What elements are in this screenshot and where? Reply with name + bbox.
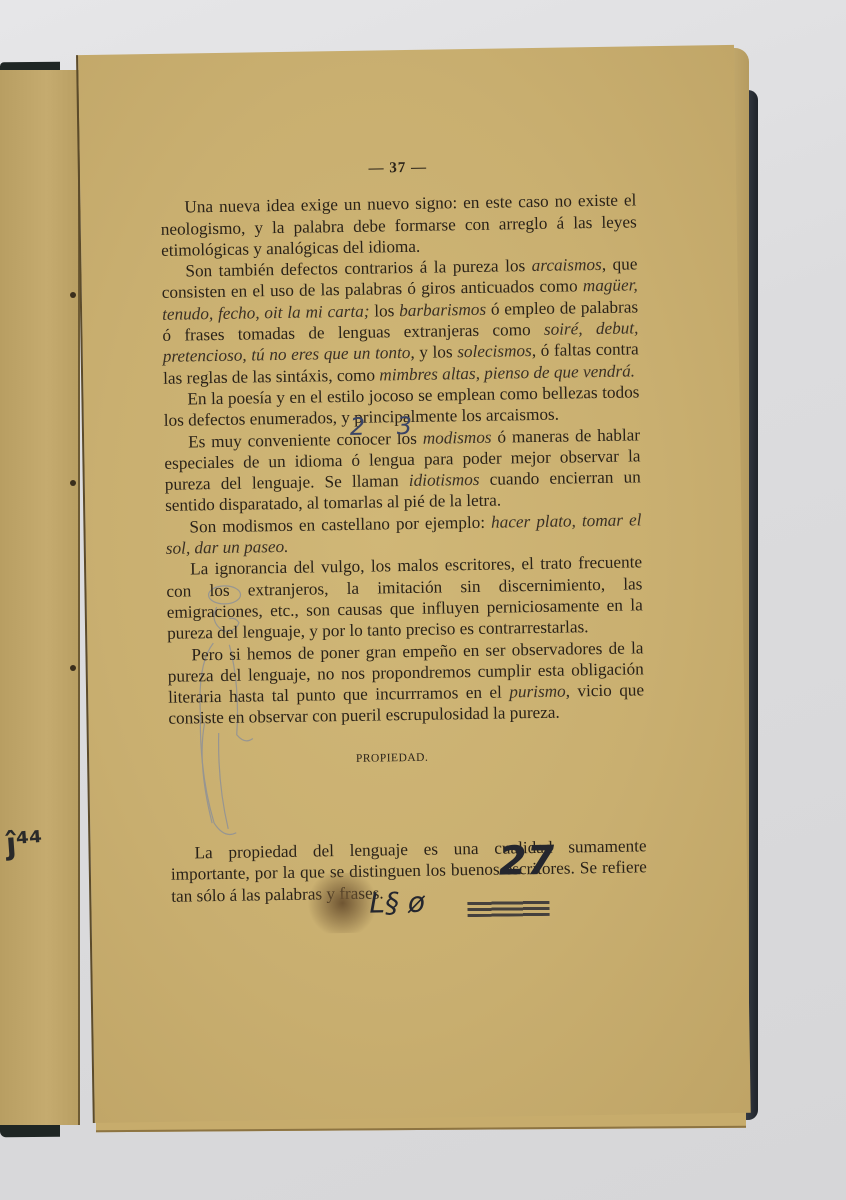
page-content: — 37 — Una nueva idea exige un nuevo sig… <box>160 154 648 906</box>
italic-term: idiotismos <box>409 470 480 490</box>
left-margin-handwritten-note: ĵ⁴⁴ <box>5 825 44 862</box>
stitch-hole <box>70 292 76 298</box>
paragraph: La ignorancia del vulgo, los malos escri… <box>166 552 643 645</box>
italic-term: purismo <box>509 682 566 702</box>
paragraph: Son también defectos contrarios á la pur… <box>161 254 639 389</box>
text-run: , y los <box>410 343 457 363</box>
text-run: Una nueva idea exige un nuevo signo: en … <box>161 191 637 260</box>
pencil-annotation: 2 3 <box>350 412 425 441</box>
italic-term: arcaismos <box>532 255 602 275</box>
paragraph: Son modismos en castellano por ejemplo: … <box>165 509 642 559</box>
ink-signature: L§ ø <box>369 886 425 920</box>
stitch-hole <box>70 665 76 671</box>
left-page <box>0 70 80 1125</box>
ink-stain <box>307 873 378 934</box>
italic-term: mimbres altas, pienso de que vendrá. <box>379 361 635 384</box>
body-paragraphs: Una nueva idea exige un nuevo signo: en … <box>160 190 644 730</box>
italic-term: solecismos <box>457 341 532 361</box>
text-run: Son modismos en castellano por ejemplo: <box>189 512 491 536</box>
stitch-hole <box>70 480 76 486</box>
ink-annotation-number: 27 <box>498 838 554 885</box>
paragraph: Pero si hemos de poner gran empeño en se… <box>167 637 644 730</box>
italic-term: modismos <box>423 427 492 447</box>
heading-spacer <box>169 765 646 842</box>
book-page: — 37 — Una nueva idea exige un nuevo sig… <box>76 45 751 1123</box>
page-number: — 37 — <box>160 154 636 183</box>
italic-term: barbarismos <box>399 300 486 320</box>
scribbled-out-text <box>467 900 549 917</box>
text-run: La ignorancia del vulgo, los malos escri… <box>166 553 643 643</box>
text-run: los <box>369 301 399 320</box>
paragraph: Una nueva idea exige un nuevo signo: en … <box>160 190 637 261</box>
